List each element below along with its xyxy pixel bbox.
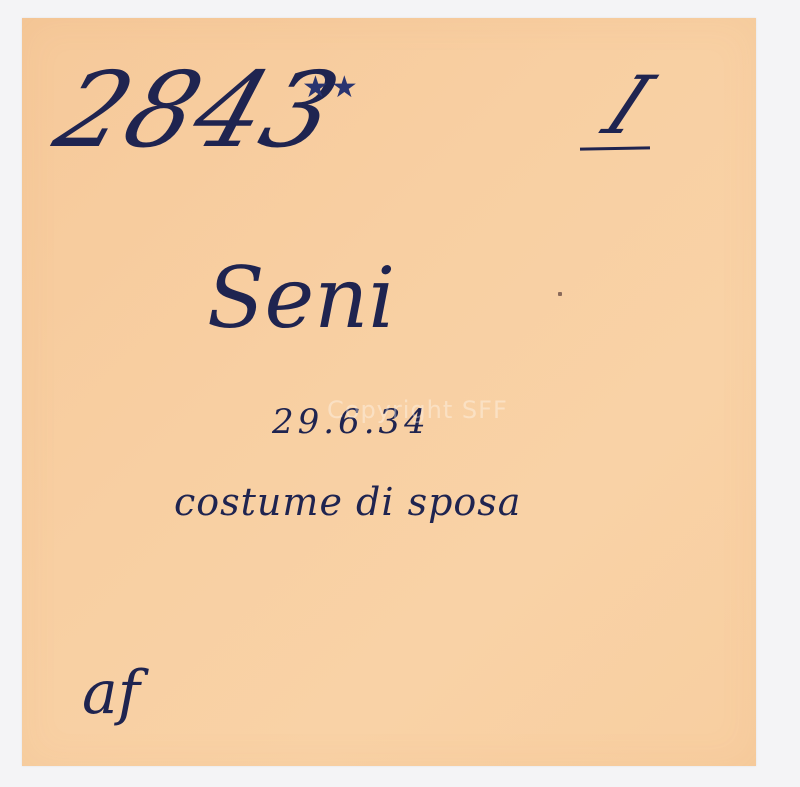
initials-signature: af xyxy=(82,658,140,728)
roman-numeral-underline xyxy=(580,146,650,150)
archive-index-card: 2843 ★★ I Seni 29.6.34 Copyright SFF cos… xyxy=(22,18,756,766)
paper-speck xyxy=(558,292,562,296)
subject-name: Seni xyxy=(207,256,395,340)
description: costume di sposa xyxy=(174,480,521,524)
copyright-watermark: Copyright SFF xyxy=(327,396,508,424)
roman-numeral: I xyxy=(593,66,662,146)
star-marks-icon: ★★ xyxy=(302,70,360,105)
